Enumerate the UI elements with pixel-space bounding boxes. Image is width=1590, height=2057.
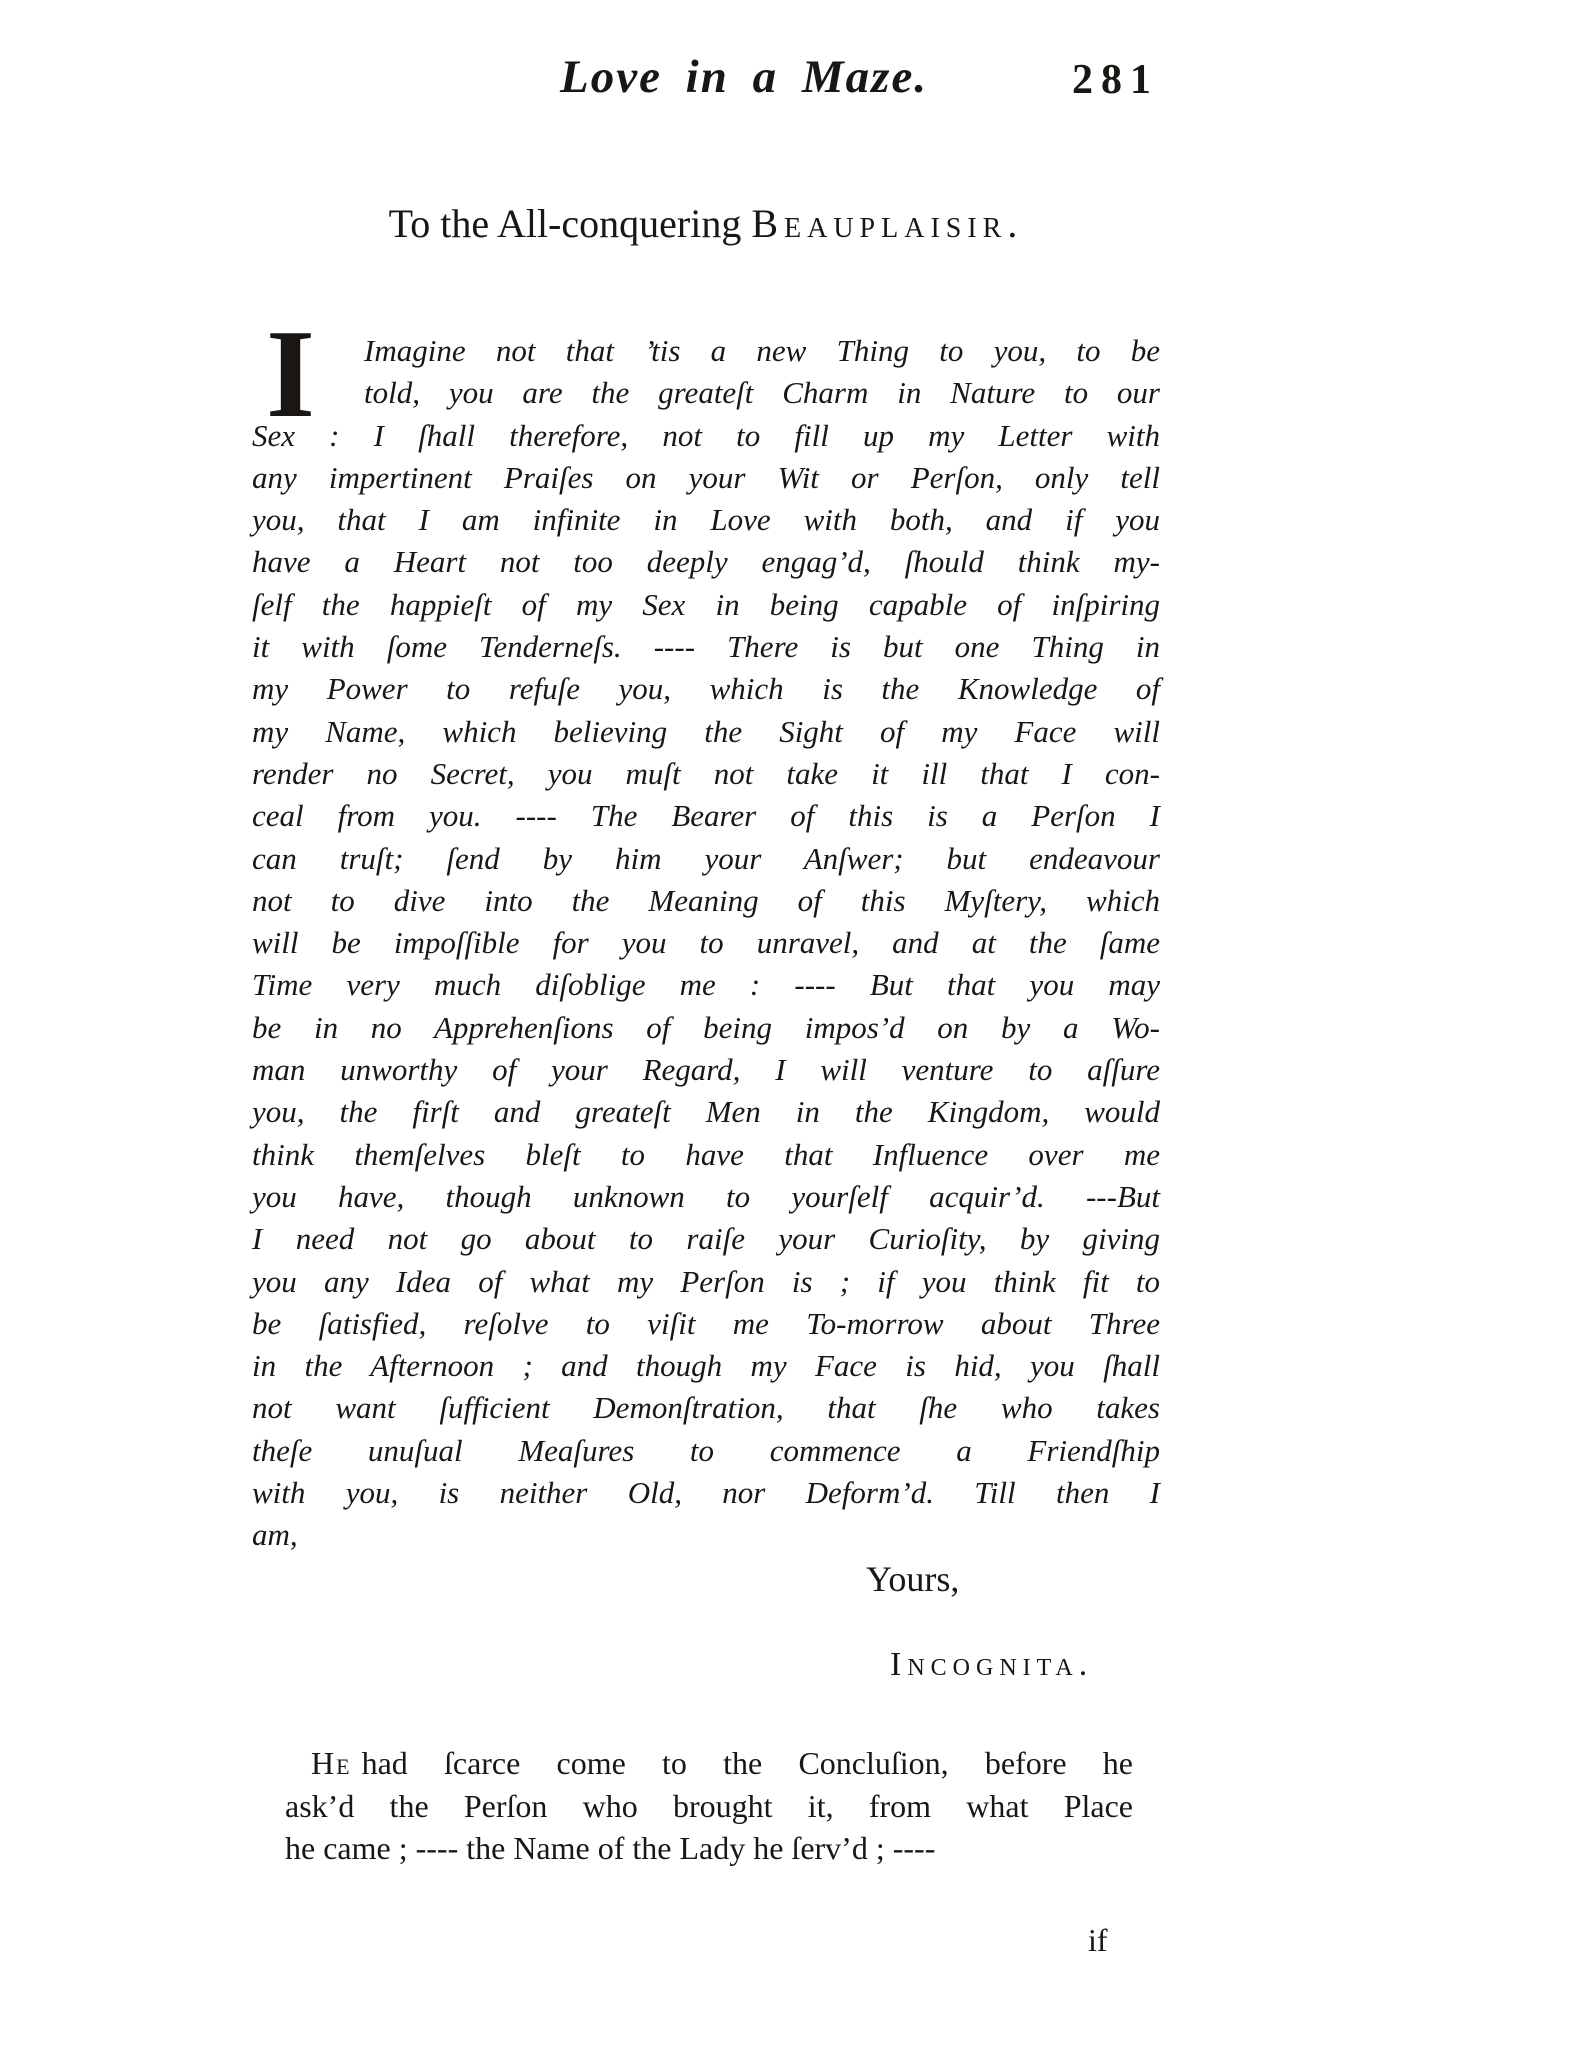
closing-line: ask’d the Perſon who brought it, from wh… [285,1785,1133,1828]
letter-line: my Power to refuſe you, which is the Kno… [252,668,1160,710]
letter-line: am, [252,1514,1160,1556]
letter-line: ſelf the happieſt of my Sex in being cap… [252,584,1160,626]
letter-line: man unworthy of your Regard, I will vent… [252,1049,1160,1091]
letter-heading-name: Beauplaisir. [751,201,1023,246]
letter-line: told, you are the greateſt Charm in Natu… [252,372,1160,414]
letter-heading-prefix: To the All-conquering [389,201,742,246]
closing-lead-word: He [311,1745,352,1781]
letter-line: any impertinent Praiſes on your Wit or P… [252,457,1160,499]
letter-signoff: Yours, [866,1558,959,1600]
letter-line: it with ſome Tenderneſs. ---- There is b… [252,626,1160,668]
letter-line: have a Heart not too deeply engag’d, ſho… [252,541,1160,583]
book-page: Love in a Maze. 281 To the All-conquerin… [0,0,1590,2057]
letter-body: I Imagine not that ’tis a new Thing to y… [252,330,1160,1557]
letter-line: in the Afternoon ; and though my Face is… [252,1345,1160,1387]
letter-line: will be impoſſible for you to unravel, a… [252,922,1160,964]
letter-line: Sex : I ſhall therefore, not to fill up … [252,415,1160,457]
letter-line: think themſelves bleſt to have that Infl… [252,1134,1160,1176]
catchword: if [1088,1922,1108,1959]
drop-cap: I [266,334,315,416]
letter-line: not to dive into the Meaning of this Myſ… [252,880,1160,922]
letter-line: not want ſufficient Demonſtration, that … [252,1387,1160,1429]
letter-heading: To the All-conqueringBeauplaisir. [252,200,1160,247]
letter-line: theſe unuſual Meaſures to commence a Fri… [252,1430,1160,1472]
letter-line: with you, is neither Old, nor Deform’d. … [252,1472,1160,1514]
letter-line: you have, though unknown to yourſelf acq… [252,1176,1160,1218]
letter-line: Imagine not that ’tis a new Thing to you… [252,330,1160,372]
letter-signature: Incognita. [890,1646,1093,1684]
closing-line: he came ; ---- the Name of the Lady he ſ… [285,1827,1133,1870]
closing-line-text: had ſcarce come to the Concluſion, befor… [362,1745,1133,1781]
letter-line: can truſt; ſend by him your Anſwer; but … [252,838,1160,880]
letter-line: render no Secret, you muſt not take it i… [252,753,1160,795]
closing-paragraph: Hehad ſcarce come to the Concluſion, bef… [285,1742,1133,1870]
letter-line: Time very much diſoblige me : ---- But t… [252,964,1160,1006]
letter-line: my Name, which believing the Sight of my… [252,711,1160,753]
closing-line: Hehad ſcarce come to the Concluſion, bef… [285,1742,1133,1785]
letter-line: you any Idea of what my Perſon is ; if y… [252,1261,1160,1303]
page-number: 281 [1072,56,1159,104]
letter-line: you, that I am infinite in Love with bot… [252,499,1160,541]
letter-line: I need not go about to raiſe your Curioſ… [252,1218,1160,1260]
running-title: Love in a Maze. [560,50,928,104]
letter-line: be ſatisfied, reſolve to viſit me To-mor… [252,1303,1160,1345]
letter-line: you, the firſt and greateſt Men in the K… [252,1091,1160,1133]
letter-line: ceal from you. ---- The Bearer of this i… [252,795,1160,837]
letter-line: be in no Apprehenſions of being impos’d … [252,1007,1160,1049]
